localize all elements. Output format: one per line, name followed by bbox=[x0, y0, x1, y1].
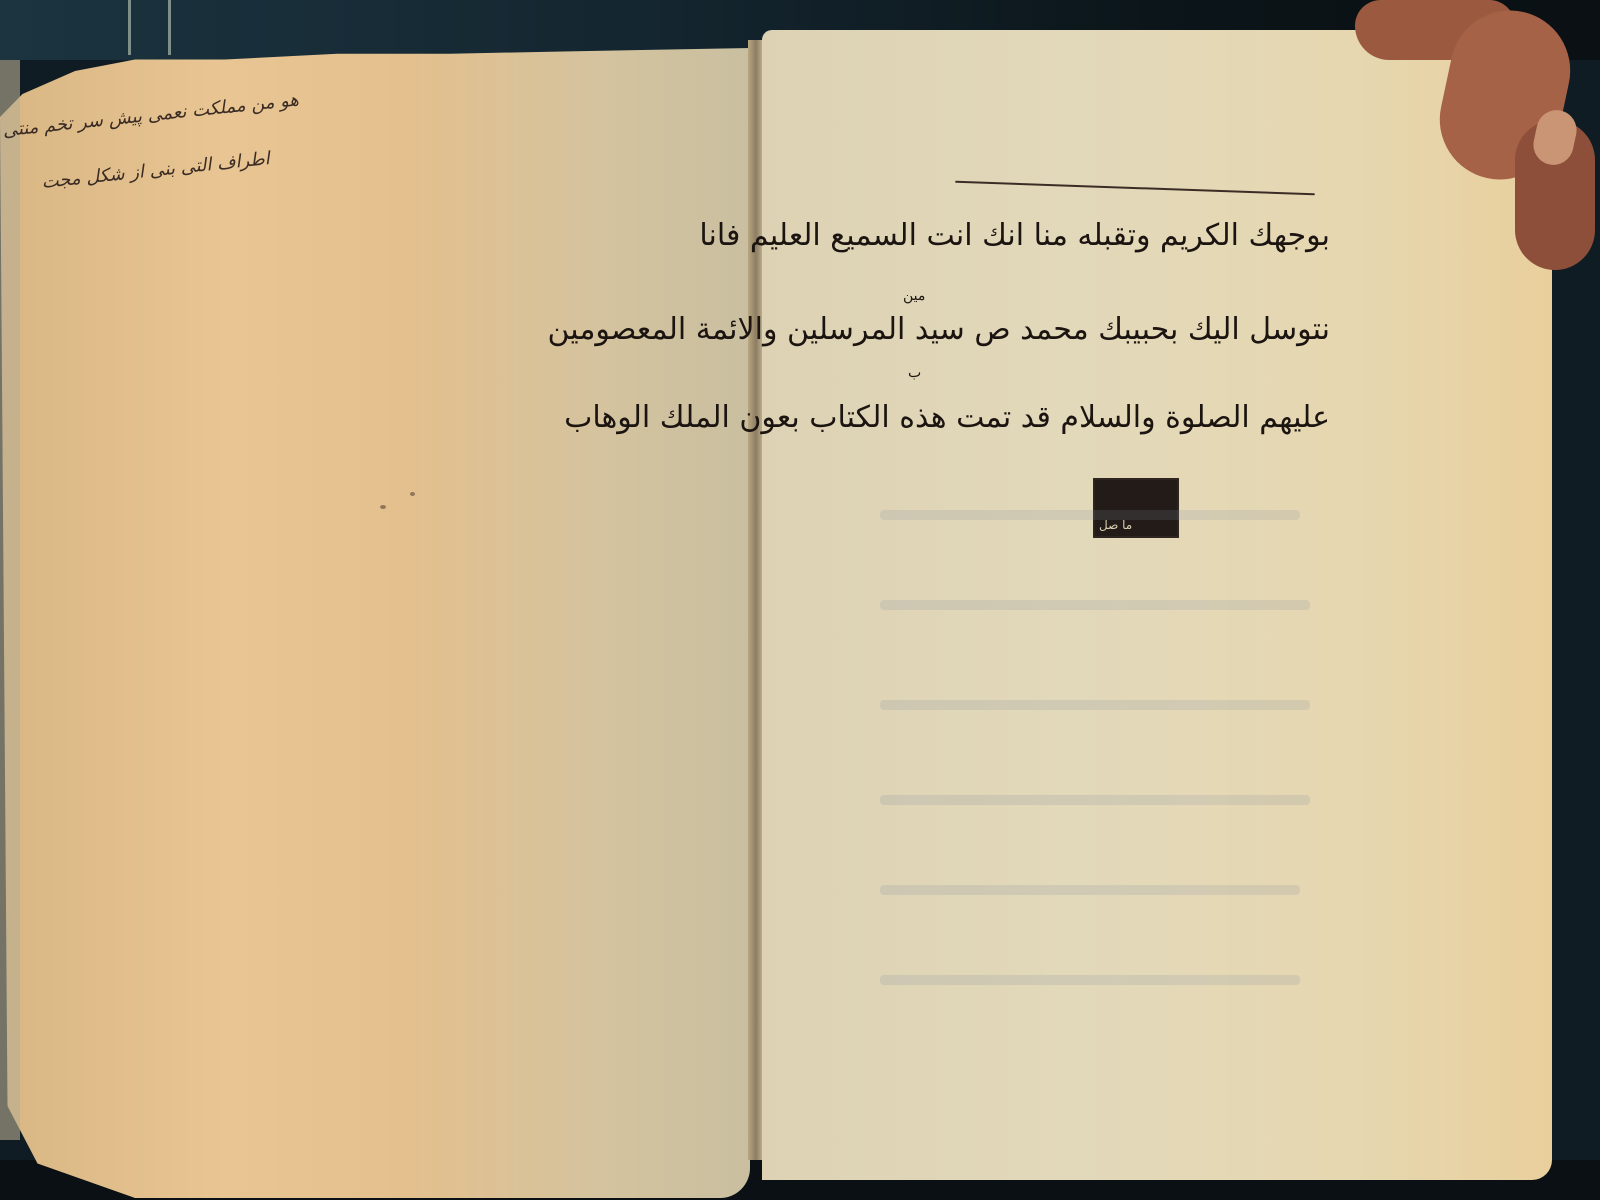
text-line-1: بوجهك الكريم وتقبله منا انك انت السميع ا… bbox=[699, 218, 1330, 253]
seal-text: ما صل bbox=[1099, 518, 1132, 532]
superscript-note-2: ب bbox=[908, 365, 921, 381]
holding-hand bbox=[1355, 0, 1600, 280]
left-page-edge bbox=[0, 60, 20, 1140]
superscript-note-1: مين bbox=[903, 288, 925, 304]
left-page bbox=[0, 48, 750, 1198]
bleed-through-text bbox=[880, 600, 1310, 610]
bleed-through-text bbox=[880, 885, 1300, 895]
text-line-3: عليهم الصلوة والسلام قد تمت هذه الكتاب ب… bbox=[564, 400, 1330, 435]
background-stripe bbox=[168, 0, 171, 55]
ink-stain bbox=[410, 492, 415, 496]
ink-stain bbox=[380, 505, 386, 509]
bleed-through-text bbox=[880, 510, 1300, 520]
text-line-2: نتوسل اليك بحبيبك محمد ص سيد المرسلين وا… bbox=[547, 312, 1330, 347]
seal-stamp: ما صل bbox=[1093, 478, 1179, 538]
background-stripe bbox=[128, 0, 131, 55]
bleed-through-text bbox=[880, 795, 1310, 805]
bleed-through-text bbox=[880, 700, 1310, 710]
bleed-through-text bbox=[880, 975, 1300, 985]
